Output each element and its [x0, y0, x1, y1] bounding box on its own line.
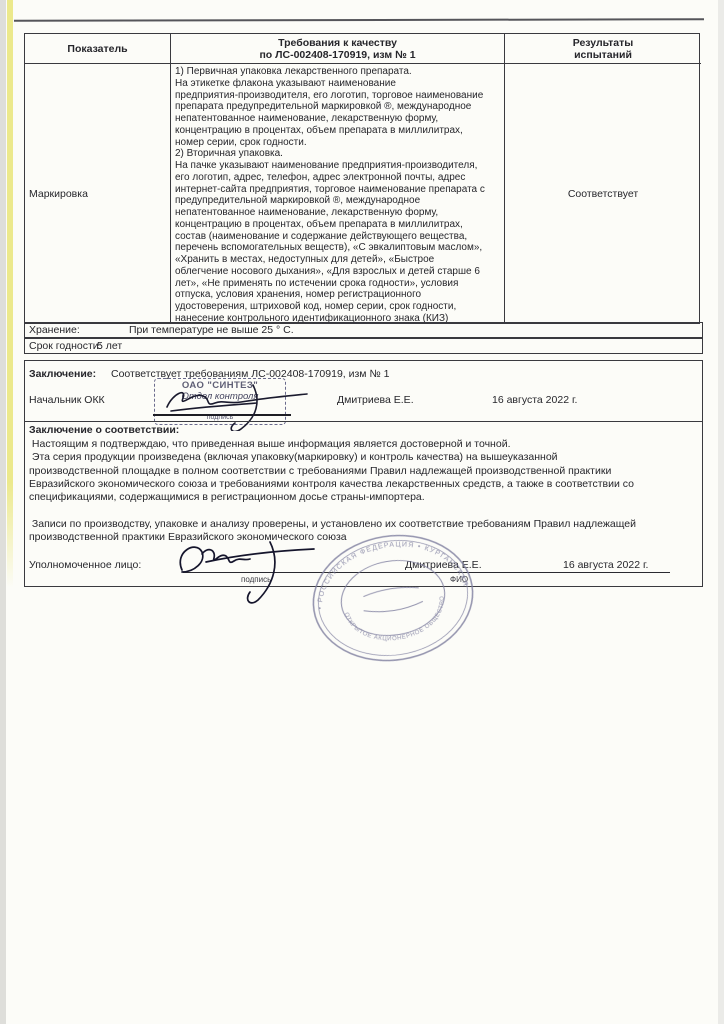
authorized-label: Уполномоченное лицо: [29, 559, 141, 571]
storage-row: Хранение: При температуре не выше 25 ° С… [24, 322, 703, 338]
scan-edge-left [0, 0, 6, 1024]
department-stamp: ОАО "СИНТЕЗ" Отдел контроля подпись [154, 378, 286, 425]
authorized-sign-caption: подпись [241, 575, 271, 584]
table-row-result: Соответствует [505, 64, 701, 323]
round-seal: • РОССИЙСКАЯ ФЕДЕРАЦИЯ • КУРГАНСКАЯ ОБЛА… [296, 517, 489, 679]
stamp-department: Отдел контроля [155, 392, 285, 403]
stamp-organization: ОАО "СИНТЕЗ" [155, 381, 285, 392]
okk-date: 16 августа 2022 г. [492, 394, 577, 406]
okk-name: Дмитриева Е.Е. [337, 394, 414, 406]
shelf-life-label: Срок годности: [29, 339, 102, 353]
scan-edge-yellow-strip [7, 0, 13, 588]
scanned-quality-certificate: Показатель Требования к качеству по ЛС-0… [0, 0, 724, 1024]
section-divider [25, 421, 702, 422]
indicator-label: Маркировка [29, 188, 88, 200]
result-value: Соответствует [568, 188, 638, 200]
top-horizontal-rule [14, 18, 704, 21]
shelf-life-value: 5 лет [97, 339, 122, 353]
shelf-life-row: Срок годности: 5 лет [24, 338, 703, 354]
storage-value: При температуре не выше 25 ° С. [129, 323, 294, 337]
authorized-date: 16 августа 2022 г. [563, 559, 648, 571]
okk-title: Начальник ОКК [29, 394, 105, 406]
table-row-requirements: 1) Первичная упаковка лекарственного пре… [171, 64, 505, 323]
column-header-results: Результаты испытаний [505, 34, 701, 64]
conclusion-label: Заключение: [29, 368, 96, 380]
quality-table: Показатель Требования к качеству по ЛС-0… [24, 33, 700, 324]
column-header-indicator: Показатель [25, 34, 171, 64]
okk-signature-line [153, 414, 291, 416]
compliance-heading: Заключение о соответствии: [29, 424, 179, 436]
column-header-requirements: Требования к качеству по ЛС-002408-17091… [171, 34, 505, 64]
storage-label: Хранение: [29, 323, 80, 337]
compliance-text: Настоящим я подтверждаю, что приведенная… [29, 438, 695, 544]
table-row-indicator: Маркировка [25, 64, 171, 323]
scan-edge-right [718, 0, 724, 1024]
